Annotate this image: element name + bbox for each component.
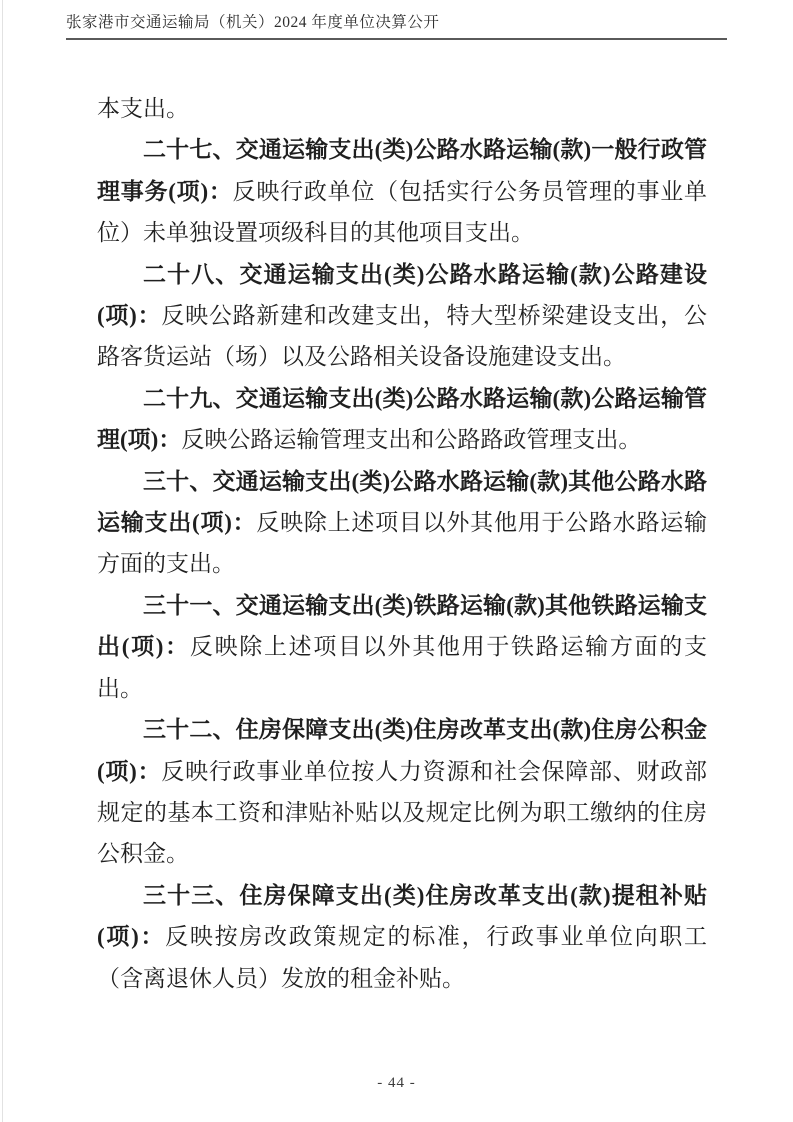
paragraph: 三十二、住房保障支出(类)住房改革支出(款)住房公积金(项)：反映行政事业单位按…: [97, 709, 707, 875]
document-footer: - 44 -: [0, 1075, 793, 1092]
paragraph: 二十九、交通运输支出(类)公路水路运输(款)公路运输管理(项)：反映公路运输管理…: [97, 378, 707, 461]
page-left-edge: [2, 0, 3, 1122]
document-header: 张家港市交通运输局（机关）2024 年度单位决算公开: [66, 10, 727, 40]
paragraph: 二十八、交通运输支出(类)公路水路运输(款)公路建设(项)：反映公路新建和改建支…: [97, 254, 707, 378]
paragraph-text: 反映公路运输管理支出和公路路政管理支出。: [181, 427, 641, 452]
paragraph-text: 反映行政事业单位按人力资源和社会保障部、财政部规定的基本工资和津贴补贴以及规定比…: [97, 759, 707, 867]
header-title: 张家港市交通运输局（机关）2024 年度单位决算公开: [66, 14, 439, 31]
paragraph: 本支出。: [97, 88, 707, 129]
paragraph-text: 反映按房改政策规定的标准，行政事业单位向职工（含离退休人员）发放的租金补贴。: [97, 924, 707, 990]
paragraph: 二十七、交通运输支出(类)公路水路运输(款)一般行政管理事务(项)：反映行政单位…: [97, 129, 707, 253]
document-body: 本支出。 二十七、交通运输支出(类)公路水路运输(款)一般行政管理事务(项)：反…: [97, 88, 707, 999]
paragraph-text: 反映公路新建和改建支出，特大型桥梁建设支出，公路客货运站（场）以及公路相关设备设…: [97, 303, 707, 369]
paragraph: 三十、交通运输支出(类)公路水路运输(款)其他公路水路运输支出(项)：反映除上述…: [97, 461, 707, 585]
paragraph: 三十三、住房保障支出(类)住房改革支出(款)提租补贴(项)：反映按房改政策规定的…: [97, 875, 707, 999]
document-page: 张家港市交通运输局（机关）2024 年度单位决算公开 本支出。 二十七、交通运输…: [0, 0, 793, 1122]
paragraph: 三十一、交通运输支出(类)铁路运输(款)其他铁路运输支出(项)：反映除上述项目以…: [97, 585, 707, 709]
page-number: - 44 -: [377, 1075, 416, 1091]
paragraph-text: 本支出。: [97, 96, 189, 121]
